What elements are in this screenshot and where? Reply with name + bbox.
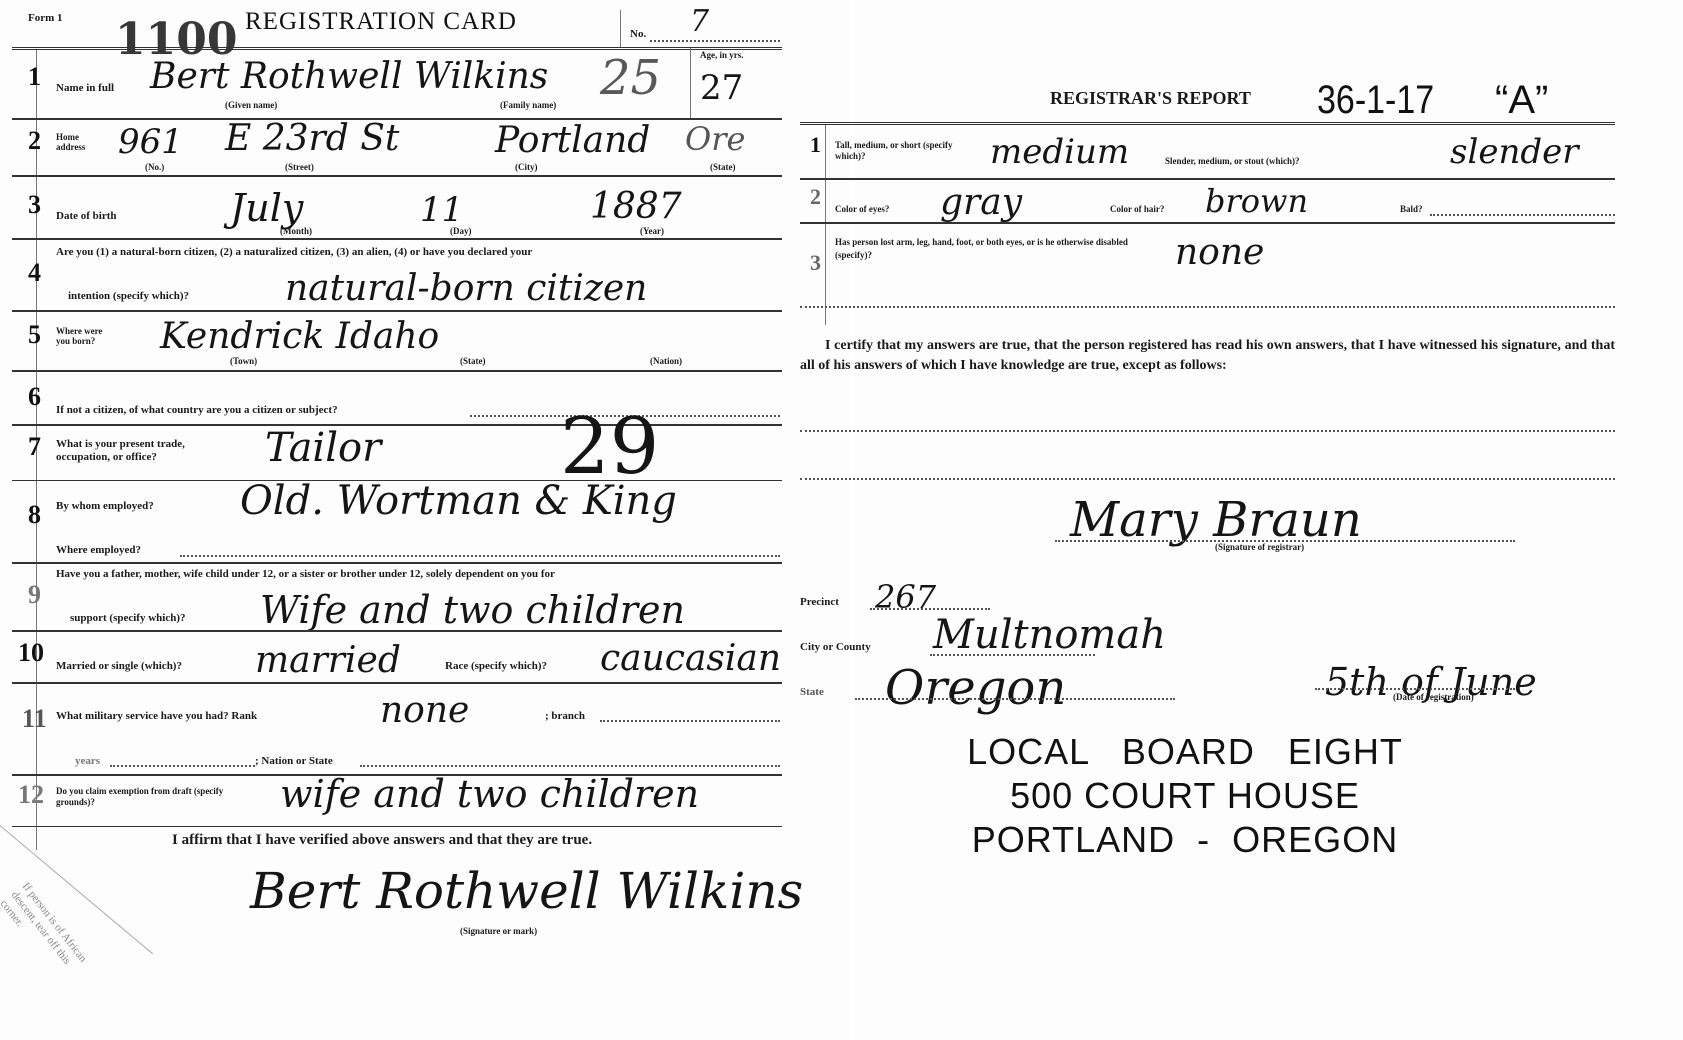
- row-number: 2: [28, 126, 41, 156]
- rule: [12, 175, 782, 177]
- certification-text: I certify that my answers are true, that…: [800, 336, 1615, 376]
- row-number: 9: [28, 580, 41, 610]
- row-number: 1: [28, 62, 41, 92]
- sublabel-family-name: (Family name): [500, 100, 556, 110]
- stamp-line-1: LOCAL BOARD EIGHT: [895, 730, 1475, 774]
- citizenship-label: intention (specify which)?: [68, 290, 189, 302]
- rule: [12, 238, 782, 240]
- height-label: Tall, medium, or short (specify which)?: [835, 140, 955, 162]
- hair-color-label: Color of hair?: [1110, 204, 1164, 214]
- row-number: 1: [810, 132, 821, 158]
- sublabel-given-name: (Given name): [225, 100, 277, 110]
- row-number: 11: [22, 704, 47, 734]
- registration-card-back: REGISTRAR'S REPORT 36-1-17 “A” 1 Tall, m…: [855, 0, 1683, 1040]
- registrar-report-title: REGISTRAR'S REPORT: [1050, 88, 1251, 109]
- branch-label: ; branch: [545, 710, 585, 722]
- dotted-line: [800, 306, 1615, 308]
- hair-color-value: brown: [1205, 182, 1308, 220]
- rule: [12, 424, 782, 426]
- stamp-number: 36-1-17: [1317, 78, 1434, 123]
- registration-card-front: Form 1 1100 REGISTRATION CARD No. 7 1 Na…: [0, 0, 850, 1040]
- employer-value: Old. Wortman & King: [240, 478, 677, 524]
- build-value: slender: [1450, 132, 1578, 172]
- divider: [620, 10, 621, 48]
- affirmation-text: I affirm that I have verified above answ…: [172, 832, 592, 849]
- row-number: 3: [28, 190, 41, 220]
- nation-state-label: ; Nation or State: [255, 755, 333, 767]
- rule: [12, 47, 782, 50]
- registrant-signature: Bert Rothwell Wilkins: [250, 862, 803, 920]
- sublabel-no: (No.): [145, 162, 164, 172]
- row-number: 3: [810, 250, 821, 276]
- precinct-label: Precinct: [800, 596, 839, 608]
- row-number: 8: [28, 500, 41, 530]
- marital-status-value: married: [255, 640, 401, 681]
- dependents-label: support (specify which)?: [70, 612, 186, 624]
- rule: [800, 178, 1615, 180]
- age-label: Age, in yrs.: [700, 50, 744, 60]
- rule: [800, 222, 1615, 224]
- dependents-question: Have you a father, mother, wife child un…: [56, 568, 555, 580]
- dotted-line: [360, 765, 780, 767]
- sublabel-city: (City): [515, 162, 538, 172]
- rule: [12, 310, 782, 312]
- exception-line: [800, 430, 1615, 432]
- military-service-label: What military service have you had? Rank: [56, 710, 257, 722]
- row-number: 5: [28, 320, 41, 350]
- row-number: 4: [28, 258, 41, 288]
- corner-note: If person is of African descent, tear of…: [0, 880, 104, 1000]
- dotted-line: [870, 608, 990, 610]
- address-city: Portland: [495, 120, 650, 161]
- sublabel-month: (Month): [280, 226, 312, 236]
- build-label: Slender, medium, or stout (which)?: [1165, 156, 1300, 166]
- foreign-citizen-label: If not a citizen, of what country are yo…: [56, 404, 338, 416]
- stamp-line-3: PORTLAND - OREGON: [895, 818, 1475, 862]
- row-number: 6: [28, 382, 41, 412]
- disability-value: none: [1175, 232, 1264, 273]
- exemption-value: wife and two children: [280, 772, 699, 816]
- race-label: Race (specify which)?: [445, 660, 547, 672]
- bald-label: Bald?: [1400, 204, 1423, 214]
- dotted-line: [930, 654, 1095, 656]
- registrar-signature-label: (Signature of registrar): [1215, 542, 1304, 552]
- years-label: years: [75, 755, 100, 767]
- citizenship-question: Are you (1) a natural-born citizen, (2) …: [56, 246, 532, 258]
- dotted-line: [855, 698, 1175, 700]
- margin-line: [825, 125, 826, 325]
- age-value: 27: [700, 68, 743, 108]
- no-label: No.: [630, 28, 646, 40]
- military-rank-value: none: [380, 690, 469, 731]
- sublabel-day: (Day): [450, 226, 472, 236]
- rule: [12, 826, 782, 827]
- rule: [800, 122, 1615, 125]
- rule: [12, 370, 782, 372]
- dependents-value: Wife and two children: [260, 588, 685, 632]
- stamp-line-2: 500 COURT HOUSE: [895, 774, 1475, 818]
- signature-label: (Signature or mark): [460, 926, 537, 936]
- employer-label: By whom employed?: [56, 500, 154, 512]
- dotted-line: [1430, 214, 1615, 216]
- disability-label: Has person lost arm, leg, hand, foot, or…: [835, 236, 1145, 262]
- dob-label: Date of birth: [56, 210, 117, 222]
- sublabel-year: (Year): [640, 226, 664, 236]
- dob-month: July: [230, 186, 303, 230]
- stamp-letter: “A”: [1495, 78, 1548, 123]
- sublabel-nation: (Nation): [650, 356, 682, 366]
- row-number: 7: [28, 432, 41, 462]
- row-number: 12: [18, 780, 44, 810]
- height-value: medium: [990, 132, 1129, 172]
- home-address-label: Home address: [56, 132, 96, 152]
- card-title: REGISTRATION CARD: [245, 8, 517, 36]
- address-state: Ore: [685, 120, 745, 158]
- eye-color-label: Color of eyes?: [835, 204, 889, 214]
- name-label: Name in full: [56, 82, 114, 94]
- sublabel-town: (Town): [230, 356, 257, 366]
- occupation-value: Tailor: [265, 425, 381, 471]
- sublabel-street: (Street): [285, 162, 314, 172]
- occupation-label: What is your present trade, occupation, …: [56, 438, 236, 464]
- row-number: 10: [18, 638, 44, 668]
- row-number: 2: [810, 184, 821, 210]
- dob-year: 1887: [590, 186, 682, 227]
- dotted-line: [180, 555, 780, 557]
- birthplace-value: Kendrick Idaho: [160, 316, 439, 357]
- address-number: 961: [118, 122, 183, 162]
- citizenship-value: natural-born citizen: [285, 268, 647, 309]
- rule: [12, 630, 782, 632]
- sublabel-state: (State): [710, 162, 736, 172]
- race-value: caucasian: [600, 638, 781, 679]
- eye-color-value: gray: [940, 182, 1022, 223]
- employment-location-label: Where employed?: [56, 544, 141, 556]
- form-label: Form 1: [28, 12, 63, 24]
- rule: [12, 682, 782, 684]
- dotted-line: [110, 765, 255, 767]
- dotted-line: [1315, 688, 1515, 690]
- dob-day: 11: [420, 190, 463, 230]
- dotted-line: [650, 40, 780, 42]
- address-street: E 23rd St: [225, 118, 399, 159]
- no-value: 7: [690, 4, 709, 39]
- exemption-label: Do you claim exemption from draft (speci…: [56, 786, 236, 808]
- precinct-value: 267: [875, 578, 936, 616]
- dotted-line: [600, 720, 780, 722]
- local-board-stamp: LOCAL BOARD EIGHT 500 COURT HOUSE PORTLA…: [895, 730, 1475, 862]
- birthplace-label: Where were you born?: [56, 326, 106, 346]
- registration-date-label: (Date of registration): [1393, 692, 1474, 702]
- county-label: City or County: [800, 641, 871, 653]
- name-value: Bert Rothwell Wilkins: [150, 56, 548, 97]
- rule: [12, 562, 782, 564]
- marital-status-label: Married or single (which)?: [56, 660, 182, 672]
- state-value: Oregon: [885, 660, 1066, 716]
- age-divider: [690, 48, 691, 118]
- exception-line: [800, 478, 1615, 480]
- name-overwrite: 25: [600, 50, 661, 106]
- county-value: Multnomah: [933, 612, 1166, 658]
- sublabel-state: (State): [460, 356, 486, 366]
- state-label: State: [800, 686, 824, 698]
